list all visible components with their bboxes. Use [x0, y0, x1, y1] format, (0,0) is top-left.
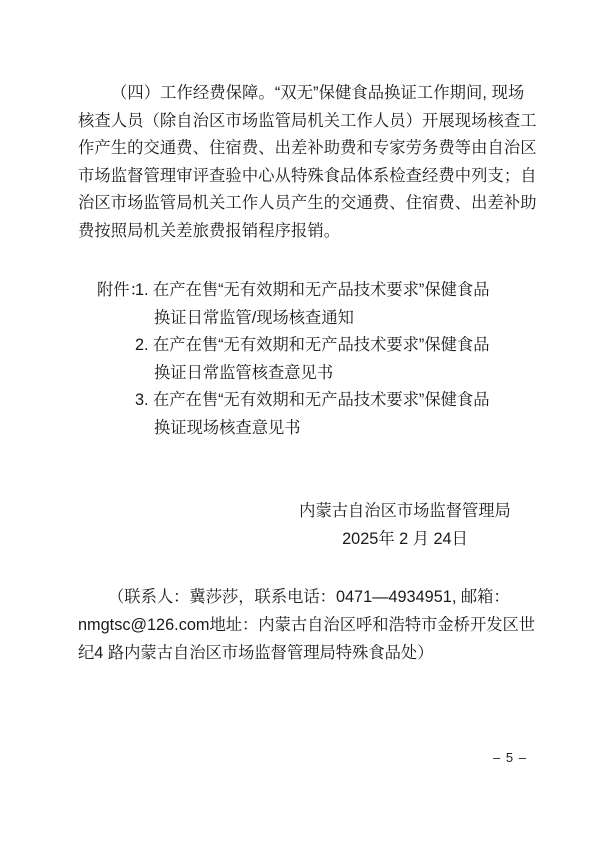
attachment-2-title-line-2: 换证日常监管核查意见书: [78, 360, 538, 388]
attachment-1-title-line-1: 在产在售“无有效期和无产品技术要求”保健食品: [153, 281, 489, 299]
attachments-section: 附件： 1.在产在售“无有效期和无产品技术要求”保健食品 换证日常监管/现场核查…: [78, 277, 538, 442]
issuing-authority: 内蒙古自治区市场监督管理局: [285, 498, 525, 526]
attachment-1-title-line-2: 换证日常监管/现场核查通知: [78, 305, 538, 333]
body-paragraph: （四）工作经费保障。“双无”保健食品换证工作期间, 现场 核查人员（除自治区市场…: [78, 80, 538, 245]
contact-line-2: nmgtsc@126.com地址：内蒙古自治区呼和浩特市金桥开发区世: [78, 611, 538, 639]
page-number: – 5 –: [478, 750, 542, 765]
contact-line-3: 纪4 路内蒙古自治区市场监督管理局特殊食品处）: [78, 639, 538, 667]
paragraph-line-2: 核查人员（除自治区市场监管局机关工作人员）开展现场核查工: [78, 108, 538, 136]
document-page: （四）工作经费保障。“双无”保健食品换证工作期间, 现场 核查人员（除自治区市场…: [0, 0, 595, 842]
attachment-3-title-line-1: 在产在售“无有效期和无产品技术要求”保健食品: [153, 391, 489, 409]
attachment-2-title-line-1: 在产在售“无有效期和无产品技术要求”保健食品: [153, 336, 489, 354]
attachment-3-title-line-2: 换证现场核查意见书: [78, 415, 538, 443]
attachments-label: 附件：: [97, 277, 146, 305]
contact-line-1: （联系人：冀莎莎，联系电话：0471—4934951, 邮箱：: [78, 583, 538, 611]
attachment-item-1: 1.在产在售“无有效期和无产品技术要求”保健食品: [78, 277, 538, 305]
attachment-2-number: 2.: [135, 332, 153, 360]
paragraph-line-6: 费按照局机关差旅费报销程序报销。: [78, 218, 538, 246]
attachment-item-2: 2.在产在售“无有效期和无产品技术要求”保健食品: [78, 332, 538, 360]
paragraph-line-1: （四）工作经费保障。“双无”保健食品换证工作期间, 现场: [78, 80, 538, 108]
paragraph-line-4: 市场监督管理审评查验中心从特殊食品体系检查经费中列支；自: [78, 163, 538, 191]
attachment-item-3: 3.在产在售“无有效期和无产品技术要求”保健食品: [78, 387, 538, 415]
attachment-3-number: 3.: [135, 387, 153, 415]
contact-info: （联系人：冀莎莎，联系电话：0471—4934951, 邮箱： nmgtsc@1…: [78, 583, 538, 667]
paragraph-line-3: 作产生的交通费、住宿费、出差补助费和专家劳务费等由自治区: [78, 135, 538, 163]
paragraph-line-5: 治区市场监管局机关工作人员产生的交通费、住宿费、出差补助: [78, 190, 538, 218]
issue-date: 2025年 2 月 24日: [285, 526, 525, 554]
signature-block: 内蒙古自治区市场监督管理局 2025年 2 月 24日: [285, 498, 525, 553]
